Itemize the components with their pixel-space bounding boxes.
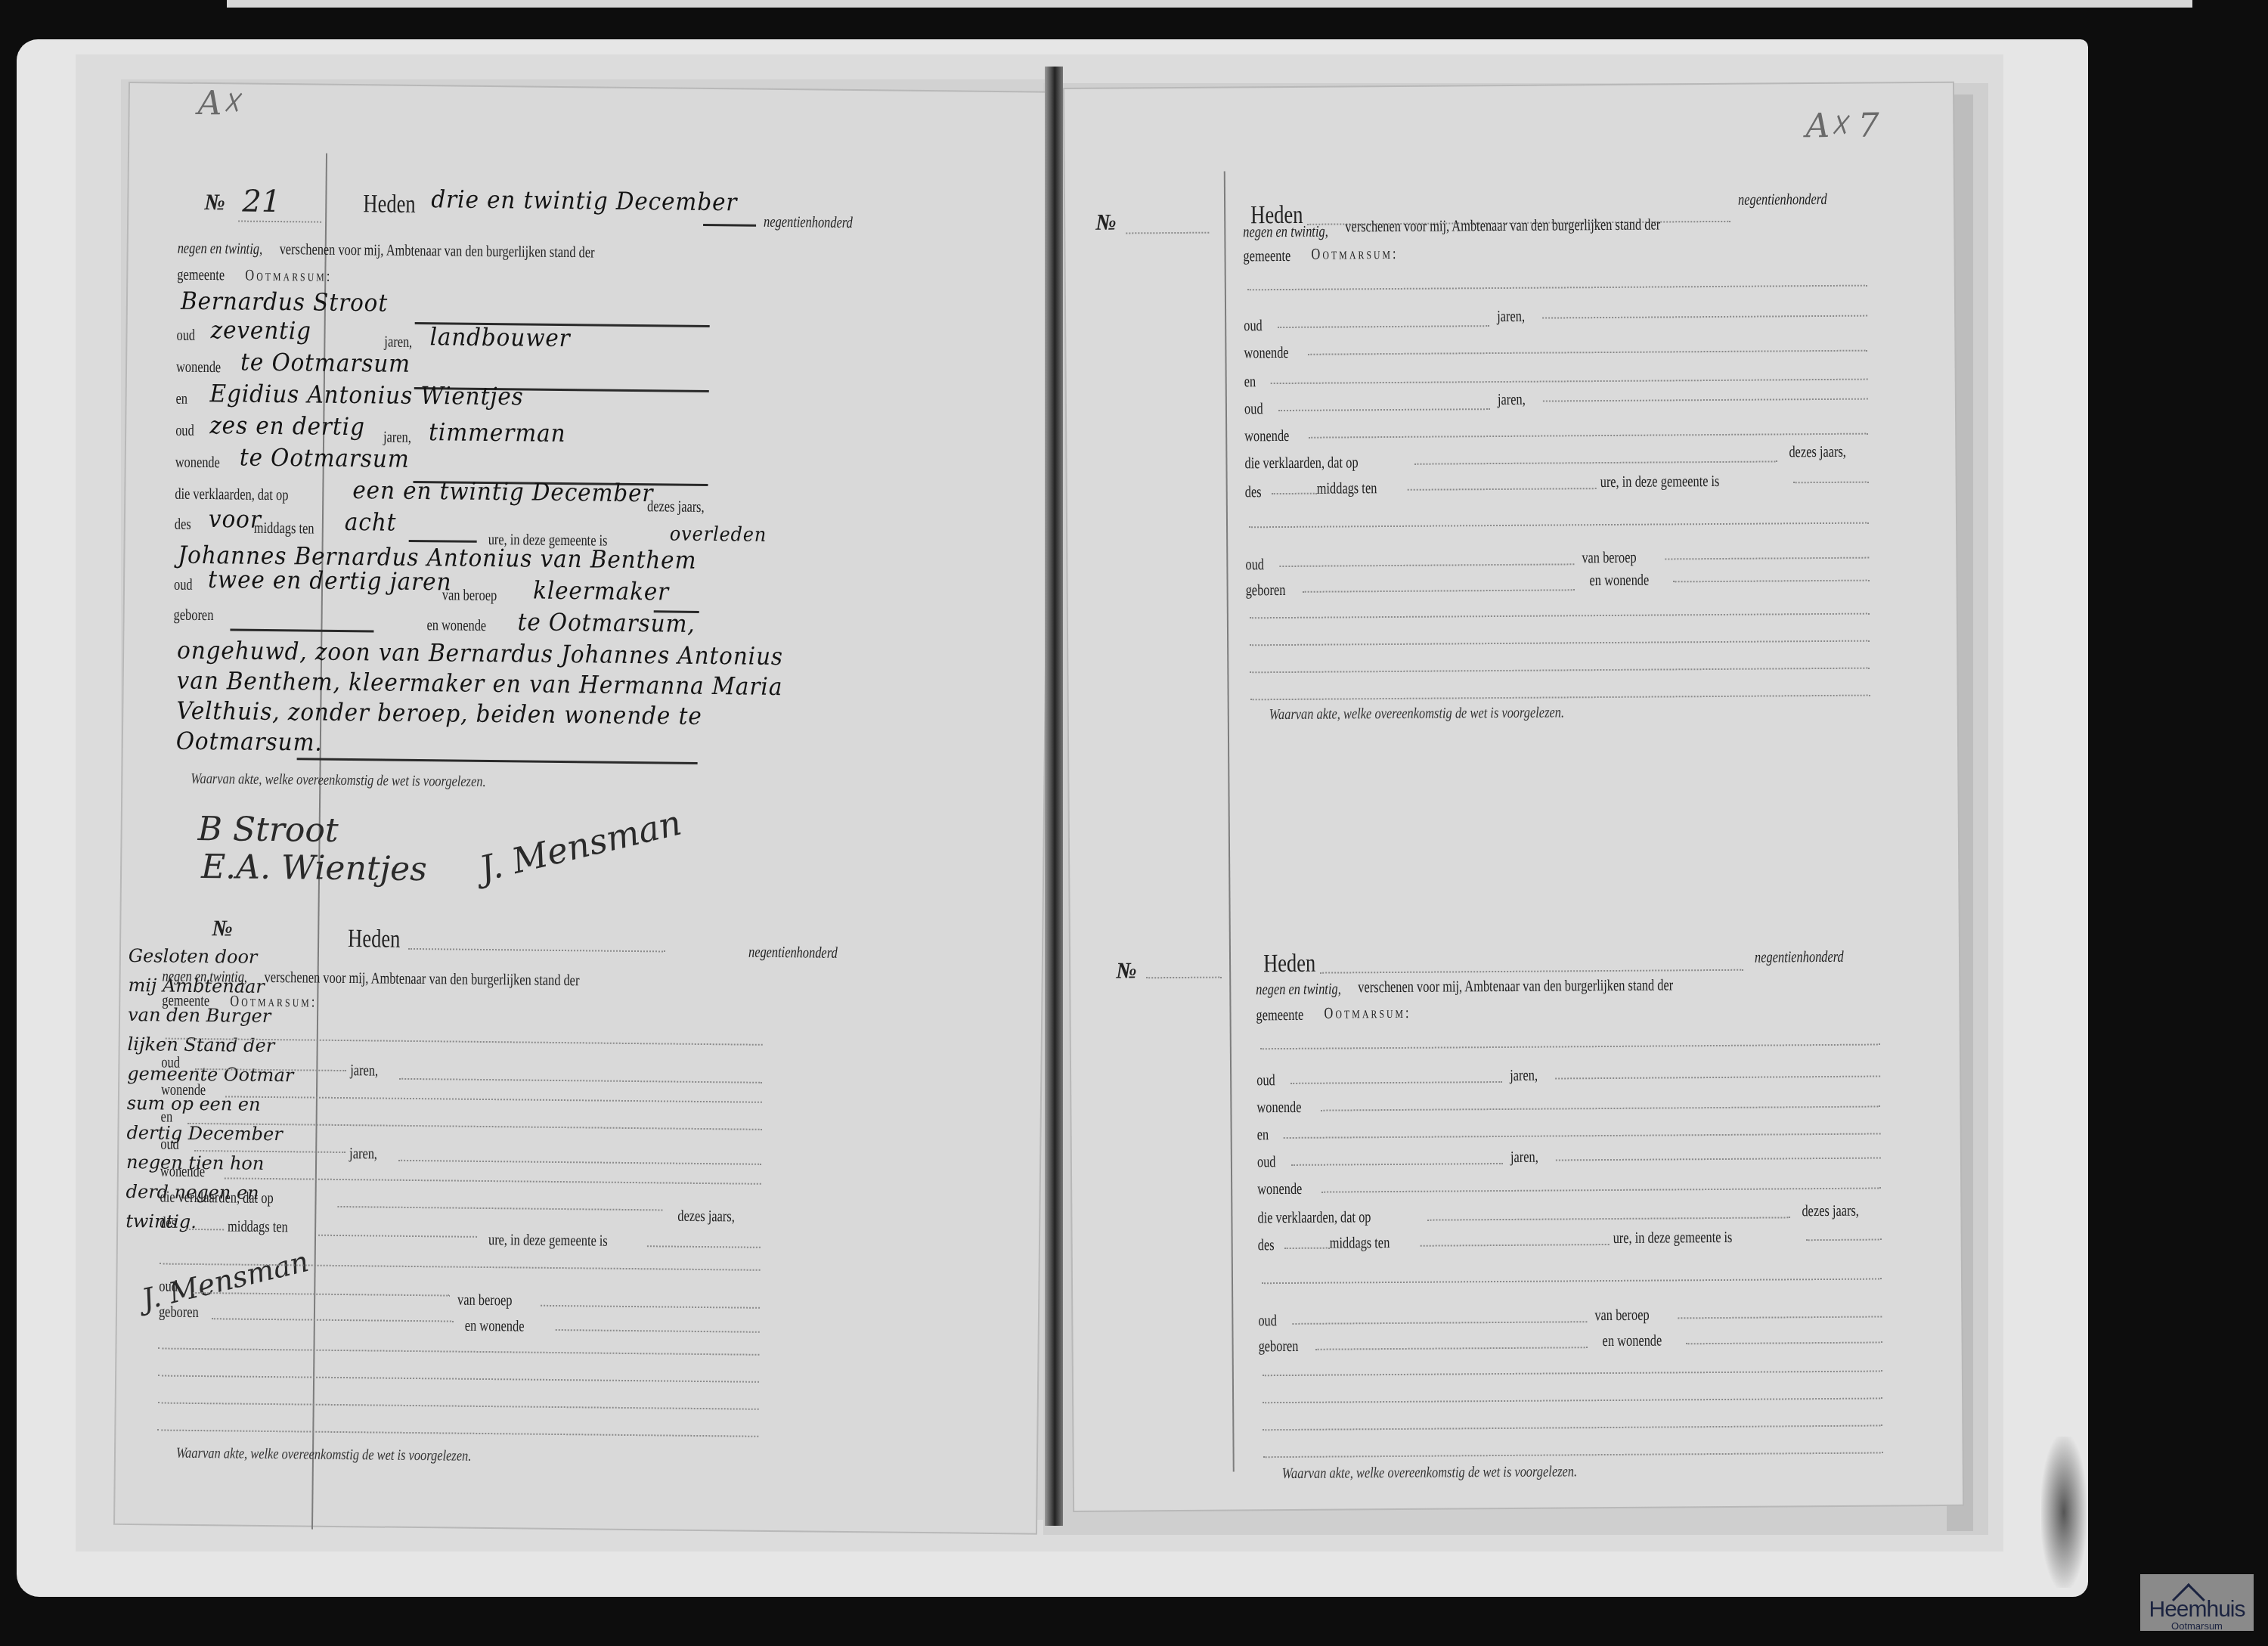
declarant-1-residence: te Ootmarsum bbox=[240, 348, 411, 378]
signature-registrar: J. Mensman bbox=[476, 801, 685, 889]
right-page: A☓ 7 № Heden negentienhonderd negen en t… bbox=[1064, 83, 1963, 1511]
heemhuis-logo: Heemhuis Ootmarsum bbox=[2140, 1574, 2254, 1631]
pencil-mark: A☓ 7 bbox=[1805, 106, 1879, 145]
declarant-1-name: Bernardus Stroot bbox=[181, 287, 388, 318]
left-page: A☓ № 21 Heden drie en twintig December n… bbox=[115, 83, 1051, 1533]
book-gutter bbox=[1045, 67, 1063, 1526]
declarant-1-occupation: landbouwer bbox=[429, 322, 571, 352]
remarks-line-4: Ootmarsum. bbox=[176, 727, 323, 757]
declarant-1-age: zeventig bbox=[210, 315, 311, 345]
signature-wientjes: E.A. Wientjes bbox=[201, 848, 427, 888]
declarant-2-occupation: timmerman bbox=[429, 417, 566, 448]
stain bbox=[2041, 1437, 2087, 1588]
closing-statement: Waarvan akte, welke overeenkomstig de we… bbox=[191, 770, 486, 791]
remarks-line-2: van Benthem, kleermaker en van Hermanna … bbox=[177, 666, 783, 701]
remarks-line-3: Velthuis, zonder beroep, beiden wonende … bbox=[176, 696, 702, 730]
deceased-occupation: kleermaker bbox=[533, 576, 670, 606]
remarks-line-1: ongehuwd, zoon van Bernardus Johannes An… bbox=[177, 636, 783, 671]
number-label: № bbox=[204, 190, 225, 215]
background-strip bbox=[227, 0, 2192, 8]
hour: acht bbox=[345, 507, 397, 537]
declarant-2-residence: te Ootmarsum bbox=[240, 443, 410, 473]
deceased-age: twee en dertig jaren bbox=[208, 565, 452, 596]
pencil-mark: A☓ bbox=[197, 84, 240, 123]
record-date: drie en twintig December bbox=[431, 184, 737, 216]
heden-label: Heden bbox=[363, 190, 416, 219]
declarant-2-name: Egidius Antonius Wientjes bbox=[210, 379, 524, 411]
death-date: een en twintig December bbox=[352, 476, 653, 507]
record-number: 21 bbox=[242, 184, 280, 220]
deceased-residence: te Ootmarsum, bbox=[517, 607, 696, 637]
signature-stroot: B Stroot bbox=[197, 810, 338, 850]
margin-rule bbox=[1224, 172, 1235, 1472]
declarant-2-age: zes en dertig bbox=[209, 411, 365, 441]
